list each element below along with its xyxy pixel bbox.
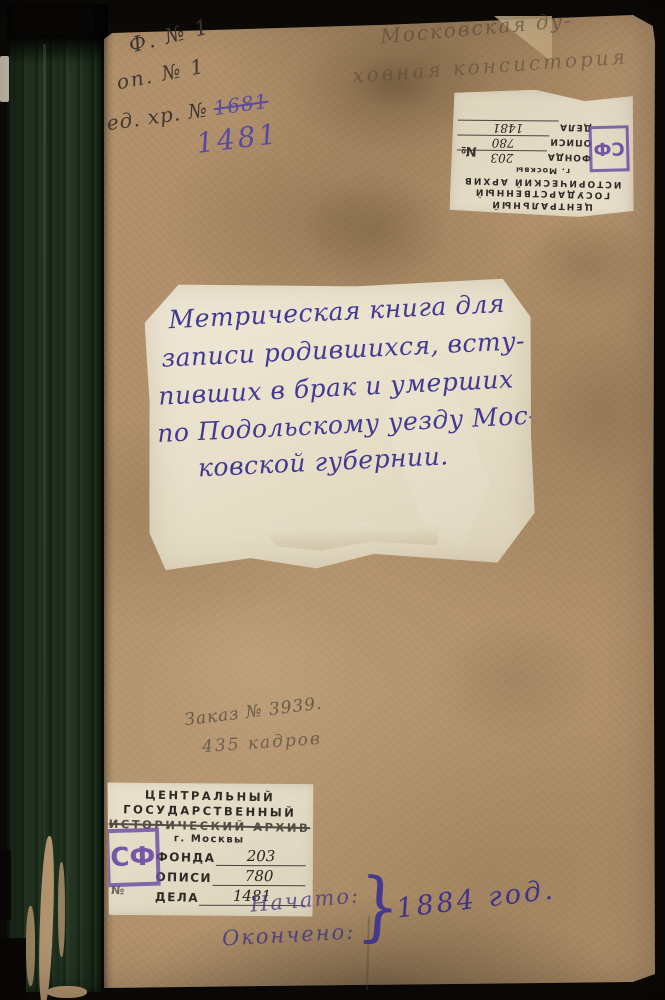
dela-field-label: ДЕЛА [155,890,199,905]
spine-wear-mark [58,862,65,957]
spine-wear-mark [26,906,35,986]
cover-stain [545,330,655,490]
archival-book-cover-photo: Ф. № 1 оп. № 1 ед. хр. №1681 1481 Москов… [0,0,665,1000]
opisi-field-label: ОПИСИ [155,870,212,885]
cover-stain [430,615,600,745]
sf-microfilm-stamp: СФ [105,828,161,888]
fonda-field-label: ФОНДА [156,850,216,865]
cover-stain [525,215,650,310]
spine-damage-patch [14,4,94,34]
archive-label-top-upside-down: ЦЕНТРАЛЬНЫЙ ГОСУДАРСТВЕННЫЙ ИСТОРИЧЕСКИЙ… [449,88,636,219]
dela-field-label: ДЕЛА [559,121,592,132]
title-line: Метрическая книга для [168,289,506,334]
opisi-field-value: 780 [212,867,305,886]
sf-microfilm-stamp: СФ [589,125,630,172]
spine-wear-mark [47,986,87,998]
fonda-field-value: 203 [215,847,305,866]
cover-stain [300,170,450,290]
spine-edge-scuff [0,56,9,102]
spine-damage-patch [0,850,11,920]
fonda-field-label: ФОНДА [547,151,591,162]
dela-field-value: 1481 [458,120,560,136]
book-spine-cloth [7,4,108,992]
opisi-field-label: ОПИСИ [549,136,591,147]
spine-damage-patch [0,938,26,1000]
number-sign: № [461,143,477,158]
